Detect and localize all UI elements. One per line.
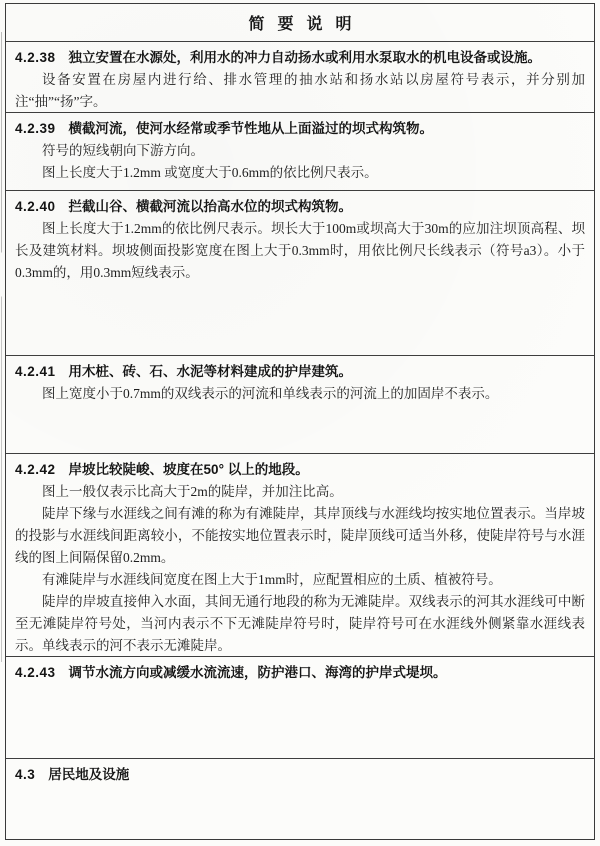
section-paragraph: 有滩陡岸与水涯线间宽度在图上大于1mm时，应配置相应的土质、植被符号。 (15, 569, 585, 591)
section-number: 4.2.43 (15, 662, 56, 684)
section-lead: 4.2.40拦截山谷、横截河流以抬高水位的坝式构筑物。 (15, 196, 585, 218)
section-lead: 4.2.38独立安置在水源处，利用水的冲力自动扬水或利用水泵取水的机电设备或设施… (15, 47, 585, 69)
section-4-2-41: 4.2.41用木桩、砖、石、水泥等材料建成的护岸建筑。 图上宽度小于0.7mm的… (6, 356, 594, 454)
section-heading: 横截河流，使河水经常或季节性地从上面溢过的坝式构筑物。 (69, 121, 434, 136)
section-number: 4.2.42 (15, 459, 56, 481)
section-lead: 4.2.43调节水流方向或减缓水流流速，防护港口、海湾的护岸式堤坝。 (15, 662, 585, 684)
section-paragraph: 陡岸的岸坡直接伸入水面，其间无通行地段的称为无滩陡岸。双线表示的河其水涯线可中断… (15, 591, 585, 657)
section-4-2-39: 4.2.39横截河流，使河水经常或季节性地从上面溢过的坝式构筑物。 符号的短线朝… (6, 113, 594, 191)
section-heading: 独立安置在水源处，利用水的冲力自动扬水或利用水泵取水的机电设备或设施。 (69, 50, 542, 65)
section-paragraph: 图上长度大于1.2mm的依比例尺表示。坝长大于100m或坝高大于30m的应加注坝… (15, 218, 585, 284)
section-paragraph: 陡岸下缘与水涯线之间有滩的称为有滩陡岸，其岸顶线与水涯线均按实地位置表示。当岸坡… (15, 503, 585, 569)
section-number: 4.2.39 (15, 118, 56, 140)
section-number: 4.3 (15, 764, 35, 786)
section-lead: 4.2.42岸坡比较陡峻、坡度在50° 以上的地段。 (15, 459, 585, 481)
scan-edge-artifact (1, 32, 2, 662)
section-heading: 调节水流方向或减缓水流流速，防护港口、海湾的护岸式堤坝。 (69, 665, 447, 680)
brief-description-table: 简要说明 4.2.38独立安置在水源处，利用水的冲力自动扬水或利用水泵取水的机电… (5, 3, 595, 840)
section-paragraph: 图上宽度小于0.7mm的双线表示的河流和单线表示的河流上的加固岸不表示。 (15, 383, 585, 405)
section-4-2-42: 4.2.42岸坡比较陡峻、坡度在50° 以上的地段。 图上一般仅表示比高大于2m… (6, 454, 594, 657)
section-paragraph: 图上一般仅表示比高大于2m的陡岸，并加注比高。 (15, 481, 585, 503)
section-lead: 4.2.41用木桩、砖、石、水泥等材料建成的护岸建筑。 (15, 361, 585, 383)
section-4-2-40: 4.2.40拦截山谷、横截河流以抬高水位的坝式构筑物。 图上长度大于1.2mm的… (6, 191, 594, 356)
section-heading: 岸坡比较陡峻、坡度在50° 以上的地段。 (69, 462, 309, 477)
section-paragraph: 设备安置在房屋内进行给、排水管理的抽水站和扬水站以房屋符号表示，并分别加注“抽”… (15, 69, 585, 113)
section-4-3: 4.3居民地及设施 (6, 759, 594, 839)
section-paragraph: 符号的短线朝向下游方向。 (15, 140, 585, 162)
section-number: 4.2.40 (15, 196, 56, 218)
table-title: 简要说明 (248, 11, 364, 34)
section-4-2-38: 4.2.38独立安置在水源处，利用水的冲力自动扬水或利用水泵取水的机电设备或设施… (6, 42, 594, 113)
section-lead: 4.3居民地及设施 (15, 764, 585, 786)
section-lead: 4.2.39横截河流，使河水经常或季节性地从上面溢过的坝式构筑物。 (15, 118, 585, 140)
section-heading: 居民地及设施 (48, 767, 129, 782)
table-header-row: 简要说明 (6, 4, 594, 42)
section-4-2-43: 4.2.43调节水流方向或减缓水流流速，防护港口、海湾的护岸式堤坝。 (6, 657, 594, 759)
section-number: 4.2.41 (15, 361, 56, 383)
scanned-document-page: 简要说明 4.2.38独立安置在水源处，利用水的冲力自动扬水或利用水泵取水的机电… (0, 0, 600, 846)
section-heading: 拦截山谷、横截河流以抬高水位的坝式构筑物。 (69, 199, 353, 214)
section-paragraph: 图上长度大于1.2mm 或宽度大于0.6mm的依比例尺表示。 (15, 162, 585, 184)
section-heading: 用木桩、砖、石、水泥等材料建成的护岸建筑。 (69, 364, 353, 379)
section-number: 4.2.38 (15, 47, 56, 69)
